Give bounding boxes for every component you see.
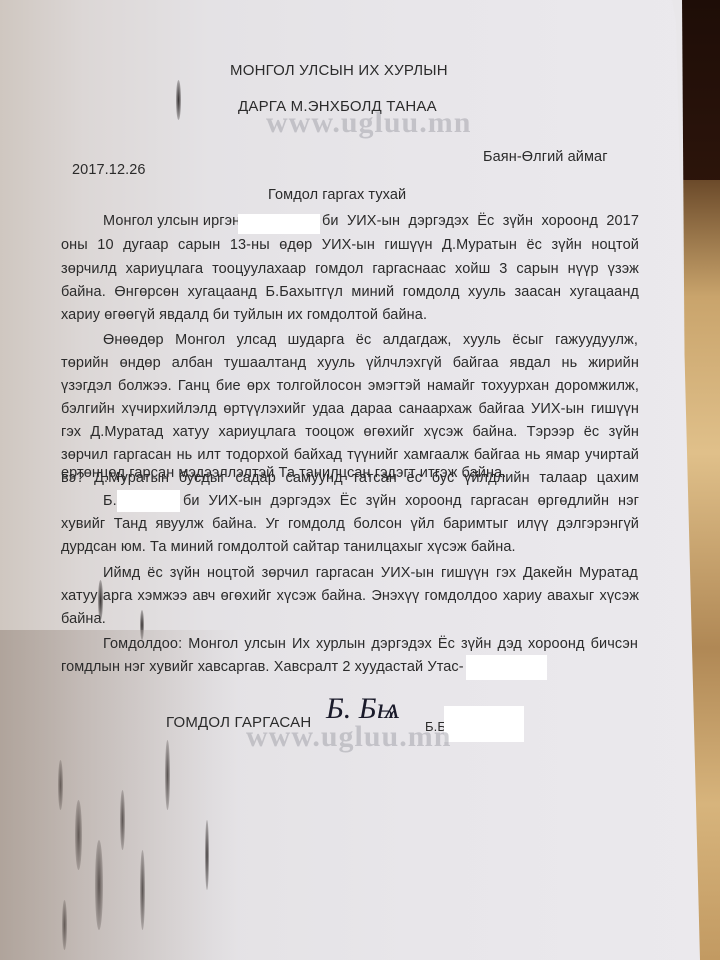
paragraph-3-line: хувийг Танд явуулж байна. Уг гомдолд бол… xyxy=(61,514,639,534)
paragraph-2-line: ертөнцөд гарсан мэдээллэлтэй Та танилцса… xyxy=(61,463,506,483)
paragraph-4-line: хатуу арга хэмжээ авч өгөхийг хүсэж байн… xyxy=(61,586,639,606)
paragraph-2-line: гэх Д.Муратад хатуу хариуцлага тооцож өг… xyxy=(61,422,639,442)
paragraph-2-line: үзэгдэл болжээ. Ганц бие өрх толгойлосон… xyxy=(61,376,639,396)
paragraph-5-line: гомдлын нэг хувийг хавсаргав. Хавсралт 2… xyxy=(61,657,464,677)
paragraph-1-line: хариу өгөөгүй явдалд би туйлын их гомдол… xyxy=(61,305,427,325)
paragraph-1-line: би УИХ-ын дэргэдэх Ёс зүйн хороонд 2017 xyxy=(322,211,639,231)
redaction-signer-name xyxy=(444,706,524,742)
addressee-line-1: МОНГОЛ УЛСЫН ИХ ХУРЛЫН xyxy=(230,61,448,81)
redaction-phone xyxy=(466,655,547,680)
paragraph-3-line: Б. xyxy=(103,491,117,511)
redaction-name xyxy=(117,490,180,512)
ink-smudge xyxy=(140,850,145,930)
paragraph-5-line: Гомдолдоо: Монгол улсын Их хурлын дэргэд… xyxy=(103,634,638,654)
paragraph-4-line: байна. xyxy=(61,609,106,629)
ink-smudge xyxy=(176,80,181,120)
ink-smudge xyxy=(58,760,63,810)
paragraph-2-line: бэлгийн хүчирхийлэлд өртүүлэхийг удаа да… xyxy=(61,399,639,419)
ink-smudge xyxy=(120,790,125,850)
document-location: Баян-Өлгий аймаг xyxy=(483,147,608,167)
document-subject: Гомдол гаргах тухай xyxy=(268,185,406,205)
paragraph-2-line: төрийн өндөр албан тушаалтанд хууль үйлч… xyxy=(61,353,639,373)
paragraph-1-line: зөрчилд хариуцлага тооцуулахаар гомдол г… xyxy=(61,259,639,279)
ink-smudge xyxy=(95,840,103,930)
ink-smudge xyxy=(165,740,170,810)
document-date: 2017.12.26 xyxy=(72,160,146,180)
paragraph-2-line: Өнөөдөр Монгол улсад шударга ёс алдагдаж… xyxy=(103,330,638,350)
paragraph-3-line: би УИХ-ын дэргэдэх Ёс зүйн хороонд гарга… xyxy=(183,491,639,511)
redaction-name xyxy=(238,214,320,234)
ink-smudge xyxy=(205,820,209,890)
paragraph-1-line: оны 10 дугаар сарын 13-ны өдөр УИХ-ын ги… xyxy=(61,235,639,255)
watermark-bottom: www.ugluu.mn xyxy=(246,720,451,754)
paragraph-2-line: зөрчил гаргасан нь илт тодорхой байхад т… xyxy=(61,445,639,465)
ink-smudge xyxy=(75,800,82,870)
paragraph-4-line: Иймд ёс зүйн ноцтой зөрчил гаргасан УИХ-… xyxy=(103,563,638,583)
paragraph-3-line: дурдсан юм. Та миний гомдолтой сайтар та… xyxy=(61,537,516,557)
ink-smudge xyxy=(62,900,67,950)
paragraph-1-line: байна. Өнгөрсөн хугацаанд Б.Бахытгүл мин… xyxy=(61,282,639,302)
watermark-top: www.ugluu.mn xyxy=(266,106,471,140)
